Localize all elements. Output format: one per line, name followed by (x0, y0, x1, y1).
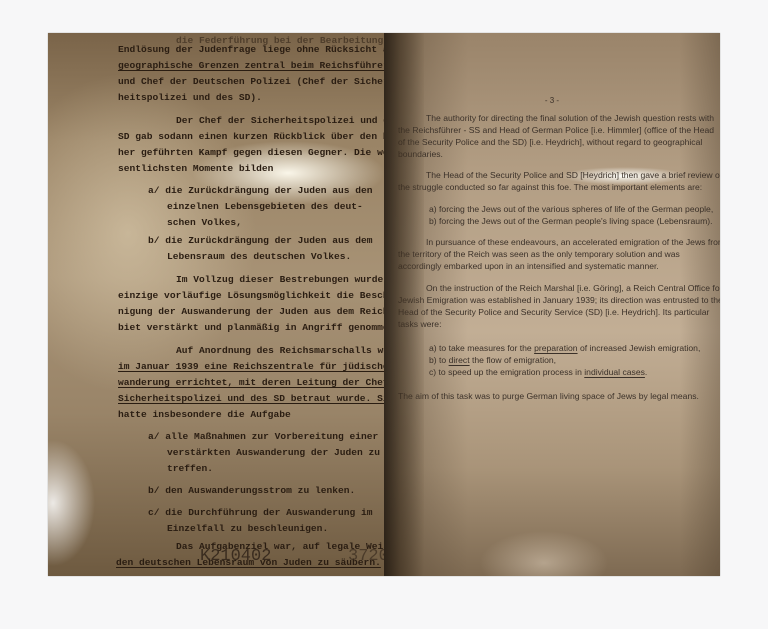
translation-line: On the instruction of the Reich Marshal … (398, 283, 720, 295)
translation-list-item: a) forcing the Jews out of the various s… (398, 204, 720, 216)
translation-line: In pursuance of these endeavours, an acc… (398, 237, 720, 249)
translation-line: accordingly embarked upon in an intensif… (398, 261, 720, 273)
archive-stamp-number: K210402 (200, 549, 271, 565)
translation-list-item: c) to speed up the emigration process in… (398, 367, 720, 379)
archive-page-number: 3720 (348, 549, 389, 565)
translation-line: the territory of the Reich was seen as t… (398, 249, 720, 261)
translation-list-item: b) forcing the Jews out of the German pe… (398, 216, 720, 228)
translation-line: Head of the Security Police and Security… (398, 307, 720, 319)
book-spine-shadow (384, 33, 424, 576)
translation-line: the struggle conducted so far against th… (398, 182, 720, 194)
translation-line: the Reichsführer - SS and Head of German… (398, 125, 720, 137)
translation-line: boundaries. (398, 149, 720, 161)
translation-line: The Head of the Security Police and SD [… (398, 170, 720, 182)
german-original-page: die Federführung bei der Bearbeitung der… (48, 33, 385, 576)
translation-list-item: a) to take measures for the preparation … (398, 343, 720, 355)
translation-line: The aim of this task was to purge German… (398, 391, 720, 403)
photograph-of-document: die Federführung bei der Bearbeitung der… (48, 33, 720, 576)
translation-line: The authority for directing the final so… (398, 113, 720, 125)
translation-line: of the Security Police and the SD) [i.e.… (398, 137, 720, 149)
page-number: - 3 - (384, 95, 720, 107)
english-translation-page: - 3 - The authority for directing the fi… (384, 33, 720, 576)
translation-line: tasks were: (398, 319, 720, 331)
translation-list-item: b) to direct the flow of emigration, (398, 355, 720, 367)
translation-line: Jewish Emigration was established in Jan… (398, 295, 720, 307)
